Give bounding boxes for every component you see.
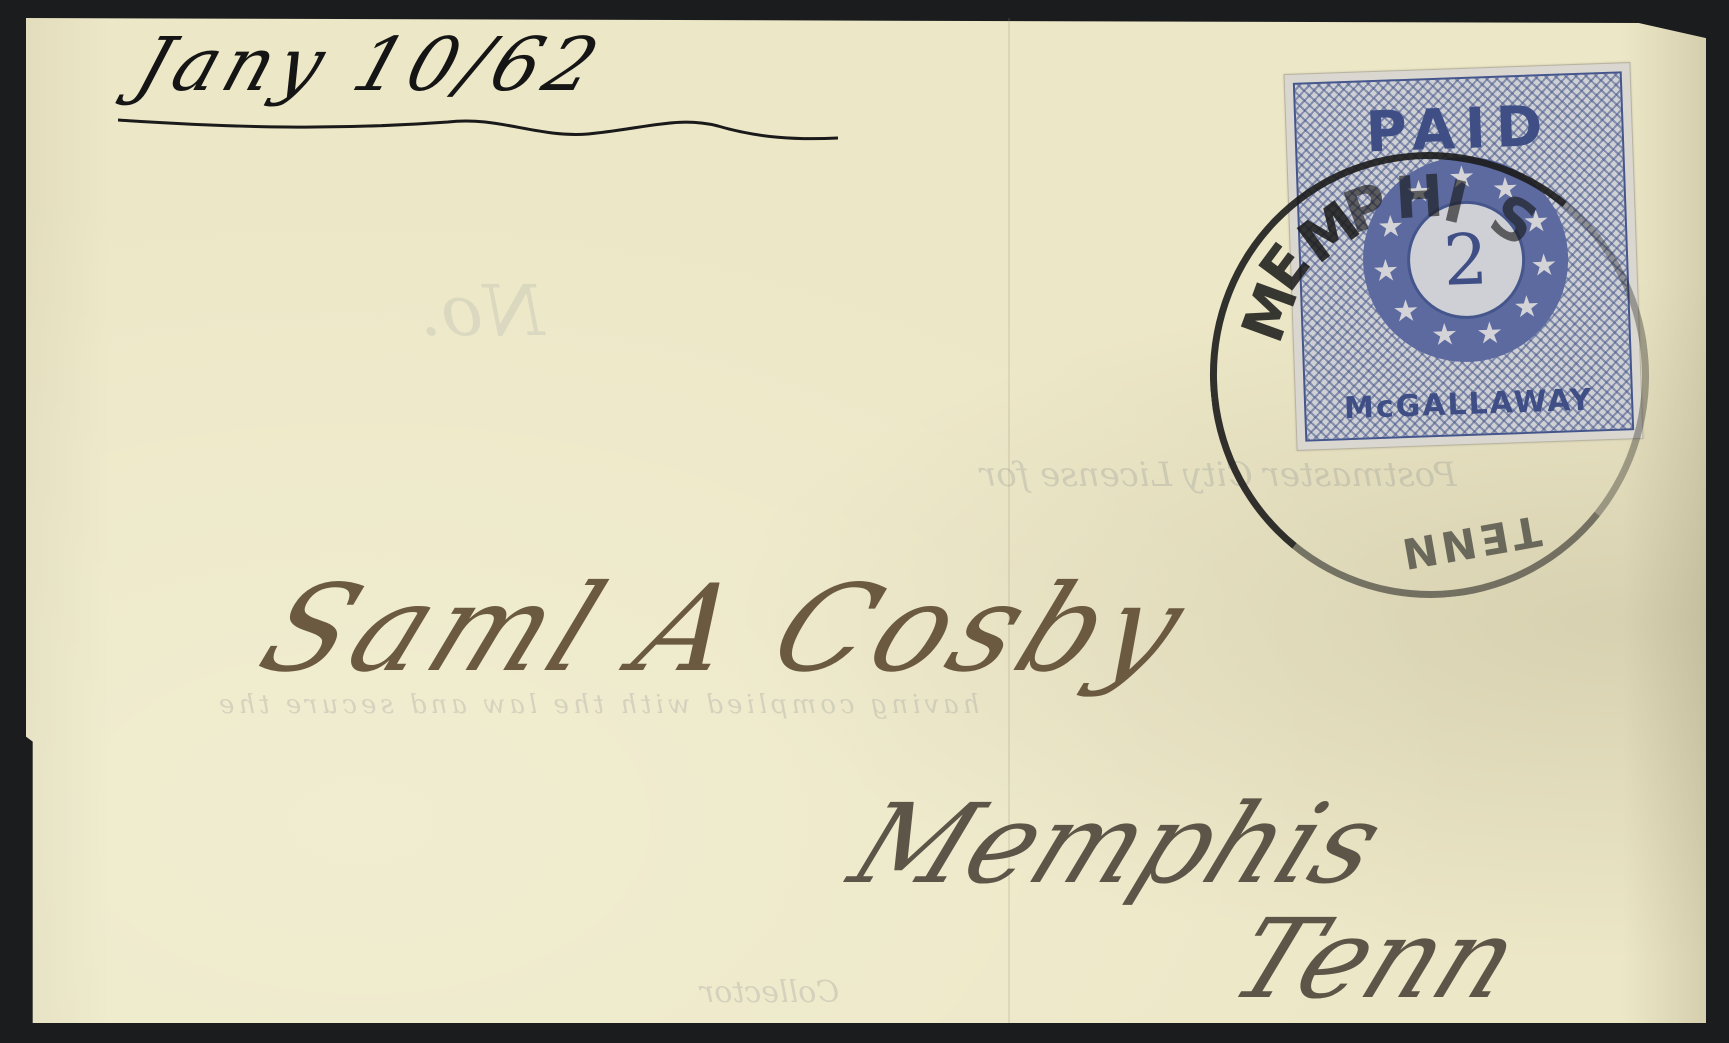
postmark-letter: H — [1393, 162, 1445, 233]
address-state: Tenn — [1214, 895, 1537, 1023]
date-underline-flourish — [118, 108, 838, 148]
address-name: Saml A Cosby — [242, 560, 1209, 699]
show-through-text: No. — [420, 270, 544, 352]
address-city: Memphis — [834, 780, 1401, 908]
show-through-text: Collector — [700, 975, 839, 1010]
docket-date: Jany 10/62 — [126, 22, 614, 108]
